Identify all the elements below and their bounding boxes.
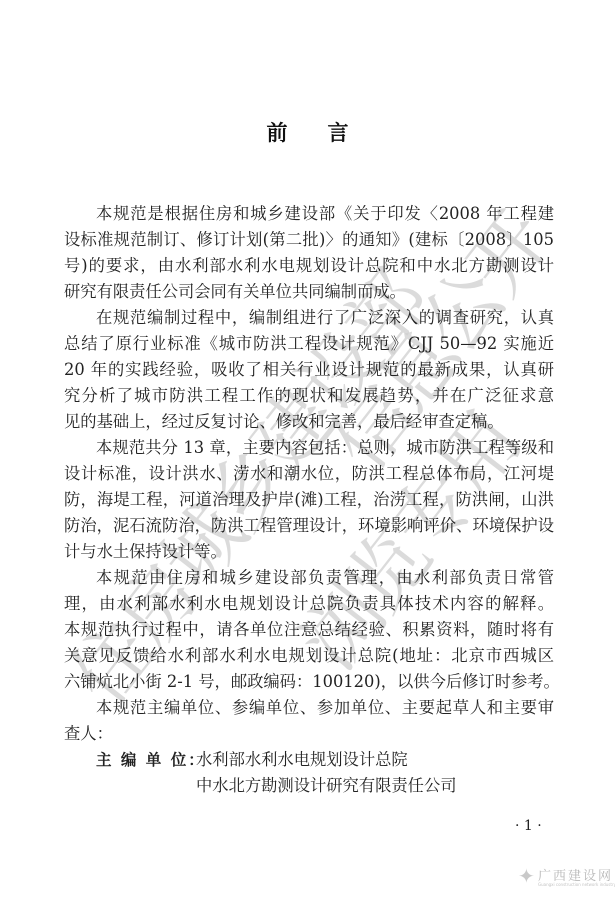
text-line: 研究有限责任公司会同有关单位共同编制而成。 <box>64 279 554 305</box>
star-swoosh-icon: ✦ <box>518 864 535 888</box>
text-line: 本规范主编单位、参编单位、参加单位、主要起草人和主要审 <box>64 695 554 721</box>
text-line: 究分析了城市防洪工程工作的现状和发展趋势，并在广泛征求意 <box>64 383 554 409</box>
paragraph-4: 本规范由住房和城乡建设部负责管理，由水利部负责日常管 理，由水利部水利水电规划设… <box>64 565 554 695</box>
text-line: 见的基础上，经过反复讨论、修改和完善，最后经审查定稿。 <box>64 409 554 435</box>
page-number: · 1 · <box>515 818 542 834</box>
text-line: 关意见反馈给水利部水利水电规划设计总院(地址：北京市西城区 <box>64 643 554 669</box>
org-row: 主 编 单 位：水利部水利水电规划设计总院 <box>64 747 554 773</box>
logo-subtitle: Guangxi construction network industry ed… <box>538 882 615 887</box>
text-line: 号)的要求，由水利部水利水电规划设计总院和中水北方勘测设计 <box>64 253 554 279</box>
text-line: 20 年的实践经验，吸收了相关行业设计规范的最新成果，认真研 <box>64 357 554 383</box>
text-line: 六铺炕北小街 2-1 号，邮政编码：100120)，以供今后修订时参考。 <box>64 669 554 695</box>
paragraph-3: 本规范共分 13 章，主要内容包括：总则，城市防洪工程等级和 设计标准，设计洪水… <box>64 435 554 565</box>
text-line: 计与水土保持设计等。 <box>64 539 554 565</box>
title-char-1: 前 <box>267 117 288 147</box>
text-line: 防治，泥石流防治，防洪工程管理设计，环境影响评价、环境保护设 <box>64 513 554 539</box>
text-line: 本规范共分 13 章，主要内容包括：总则，城市防洪工程等级和 <box>64 435 554 461</box>
chief-editor-units: 主 编 单 位：水利部水利水电规划设计总院 中水北方勘测设计研究有限责任公司 <box>64 747 554 799</box>
paragraph-1: 本规范是根据住房和城乡建设部《关于印发〈2008 年工程建 设标准规范制订、修订… <box>64 201 554 305</box>
text-line: 设标准规范制订、修订计划(第二批)〉的通知》(建标〔2008〕105 <box>64 227 554 253</box>
text-line: 本规范是根据住房和城乡建设部《关于印发〈2008 年工程建 <box>64 201 554 227</box>
text-line: 防，海堤工程，河道治理及护岸(滩)工程，治涝工程，防洪闸，山洪 <box>64 487 554 513</box>
text-line: 总结了原行业标准《城市防洪工程设计规范》CJJ 50—92 实施近 <box>64 331 554 357</box>
text-line: 设计标准，设计洪水、涝水和潮水位，防洪工程总体布局，江河堤 <box>64 461 554 487</box>
org-name: 水利部水利水电规划设计总院 <box>196 747 408 773</box>
site-logo: ✦ 广西建设网 Guangxi construction network ind… <box>518 862 613 892</box>
text-line: 在规范编制过程中，编制组进行了广泛深入的调查研究，认真 <box>64 305 554 331</box>
org-name: 中水北方勘测设计研究有限责任公司 <box>64 773 457 799</box>
title-char-2: 言 <box>328 117 349 147</box>
org-row: 中水北方勘测设计研究有限责任公司 <box>64 773 554 799</box>
text-line: 本规范执行过程中，请各单位注意总结经验、积累资料，随时将有 <box>64 617 554 643</box>
text-line: 理，由水利部水利水电规划设计总院负责具体技术内容的解释。 <box>64 591 554 617</box>
paragraph-5: 本规范主编单位、参编单位、参加单位、主要起草人和主要审 查人： <box>64 695 554 747</box>
page-title: 前言 <box>0 117 615 147</box>
preface-body: 本规范是根据住房和城乡建设部《关于印发〈2008 年工程建 设标准规范制订、修订… <box>64 201 554 799</box>
paragraph-2: 在规范编制过程中，编制组进行了广泛深入的调查研究，认真 总结了原行业标准《城市防… <box>64 305 554 435</box>
text-line: 查人： <box>64 721 554 747</box>
document-page: 住房城乡建设部 浏览专用 信息公开 前言 本规范是根据住房和城乡建设部《关于印发… <box>0 0 615 898</box>
chief-editor-label: 主 编 单 位： <box>64 747 196 773</box>
text-line: 本规范由住房和城乡建设部负责管理，由水利部负责日常管 <box>64 565 554 591</box>
